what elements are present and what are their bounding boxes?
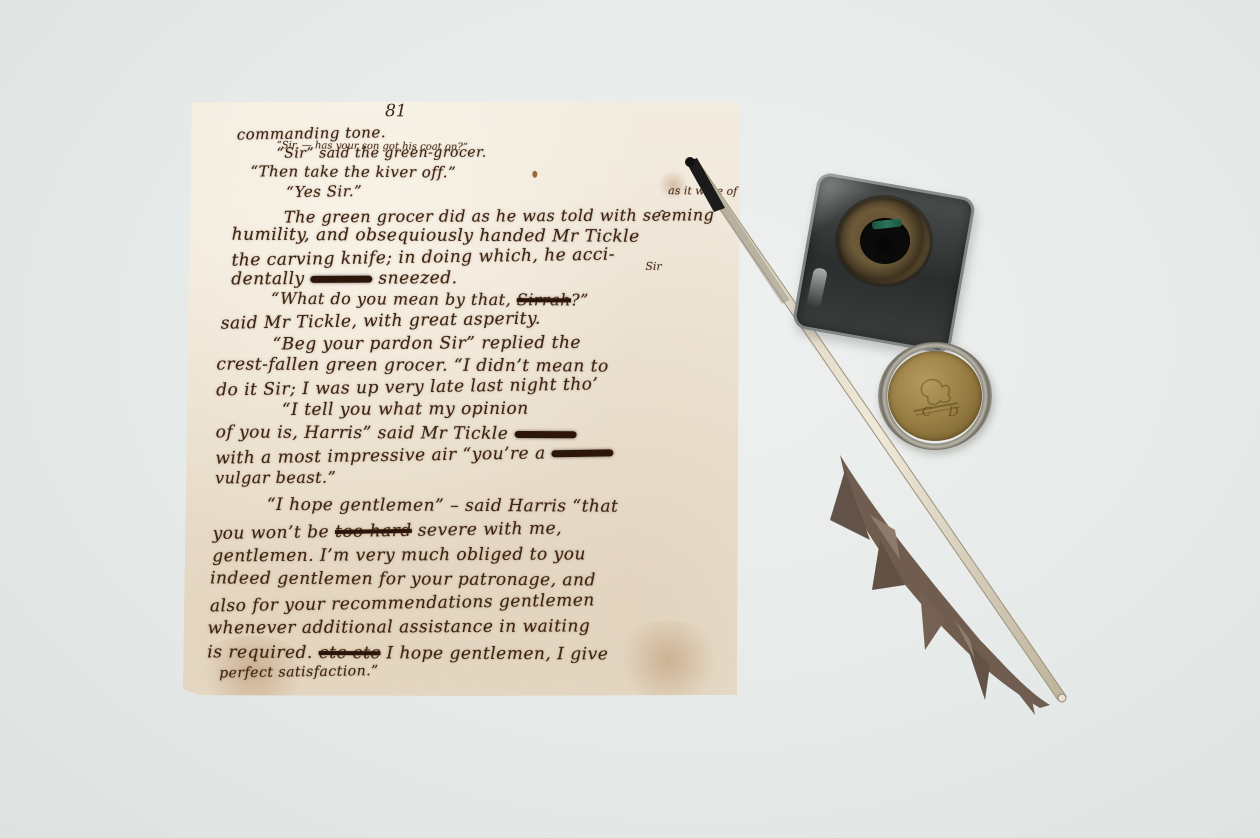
manuscript-line-text: perfect satisfaction.” (219, 663, 379, 682)
manuscript-line: “I hope gentlemen” – said Harris “that (267, 495, 619, 517)
manuscript-line: dentally sneezed. (231, 268, 457, 289)
manuscript-line-text: severe with me, (418, 518, 563, 540)
manuscript-line-text: “I hope gentlemen” – said Harris “that (267, 495, 619, 517)
manuscript-line-text: The green grocer did as he was told with… (284, 205, 715, 226)
manuscript-line: said Mr Tickle, with great asperity. (221, 309, 541, 334)
manuscript-line-text: ?” (571, 290, 589, 309)
manuscript-line-text: sneezed. (378, 268, 457, 288)
inkwell-lid: C D (878, 342, 992, 450)
ink-blot-deletion (310, 276, 372, 283)
manuscript-line-text: indeed gentlemen for your patronage, and (210, 568, 596, 590)
manuscript-line-text: also for your recommendations gentlemen (210, 590, 595, 616)
manuscript-line: crest-fallen green grocer. “I didn’t mea… (216, 354, 609, 376)
manuscript-line-text: gentlemen. I’m very much obliged to you (212, 544, 586, 566)
manuscript-line: humility, and obsequiously handed Mr Tic… (232, 225, 640, 247)
lid-monogram: C D (922, 405, 965, 420)
manuscript-line-text: “Then take the kiver off.” (250, 162, 456, 181)
interlinear-insertion: as it were of (668, 184, 737, 198)
manuscript-line: The green grocer did as he was told with… (284, 205, 715, 226)
lid-brass-face: C D (888, 351, 982, 441)
manuscript-page: 81 commanding tone.“Sir” said the green-… (183, 95, 743, 701)
photo-scene: 81 commanding tone.“Sir” said the green-… (0, 0, 1260, 838)
manuscript-line: “Then take the kiver off.” (250, 162, 456, 181)
inkwell (800, 178, 972, 348)
struck-through-word: etc etc (319, 643, 381, 663)
manuscript-line-text: is required. (207, 642, 313, 663)
struck-through-word: Sirrah (517, 290, 571, 309)
ink-blot-deletion (552, 449, 614, 457)
manuscript-line: is required. etc etc I hope gentlemen, I… (207, 642, 608, 664)
manuscript-line-text: vulgar beast.” (215, 468, 336, 488)
interlinear-insertion: Sir (645, 260, 661, 273)
feather-vane (830, 455, 1050, 715)
interlinear-insertion: ^ (658, 208, 667, 221)
ink-blot-deletion (514, 431, 576, 438)
struck-through-word: too hard (335, 521, 412, 542)
manuscript-line: “I tell you what my opinion (282, 399, 529, 420)
manuscript-line: the carving knife; in doing which, he ac… (231, 245, 615, 271)
manuscript-line: vulgar beast.” (215, 468, 336, 488)
manuscript-line: “What do you mean by that, Sirrah?” (271, 289, 589, 310)
manuscript-line-text: whenever additional assistance in waitin… (208, 616, 591, 638)
manuscript-line: do it Sir; I was up very late last night… (216, 374, 599, 400)
manuscript-line: gentlemen. I’m very much obliged to you (212, 544, 586, 566)
manuscript-line: perfect satisfaction.” (219, 663, 379, 682)
manuscript-line-text: “Beg your pardon Sir” replied the (273, 333, 582, 355)
manuscript-text: commanding tone.“Sir” said the green-gro… (183, 95, 743, 701)
interlinear-insertion: “Sir, — has your son got his coat on?” (277, 140, 468, 153)
manuscript-line-text: “Yes Sir.” (286, 182, 362, 201)
manuscript-line-text: with a most impressive air “you’re a (215, 443, 546, 468)
manuscript-line-text: said Mr Tickle, with great asperity. (221, 309, 541, 334)
manuscript-line-text: “I tell you what my opinion (282, 399, 529, 420)
manuscript-line: with a most impressive air “you’re a (215, 442, 613, 468)
manuscript-line-text: the carving knife; in doing which, he ac… (231, 245, 615, 271)
manuscript-line: “Beg your pardon Sir” replied the (273, 333, 582, 355)
manuscript-line-text: I hope gentlemen, I give (386, 643, 608, 664)
manuscript-line-text: you won’t be (212, 522, 329, 544)
manuscript-line: of you is, Harris” said Mr Tickle (216, 422, 577, 444)
manuscript-line-text: humility, and obsequiously handed Mr Tic… (232, 225, 640, 247)
manuscript-line: also for your recommendations gentlemen (210, 590, 595, 616)
manuscript-line: whenever additional assistance in waitin… (208, 616, 591, 638)
manuscript-line-text: “What do you mean by that, (271, 289, 511, 309)
manuscript-line: “Yes Sir.” (286, 182, 362, 201)
manuscript-line: indeed gentlemen for your patronage, and (210, 568, 596, 590)
manuscript-line: you won’t be too hard severe with me, (212, 518, 562, 543)
manuscript-line-text: dentally (231, 269, 304, 289)
manuscript-line-text: do it Sir; I was up very late last night… (216, 374, 599, 400)
manuscript-line-text: crest-fallen green grocer. “I didn’t mea… (216, 354, 609, 376)
manuscript-line-text: of you is, Harris” said Mr Tickle (216, 422, 509, 444)
